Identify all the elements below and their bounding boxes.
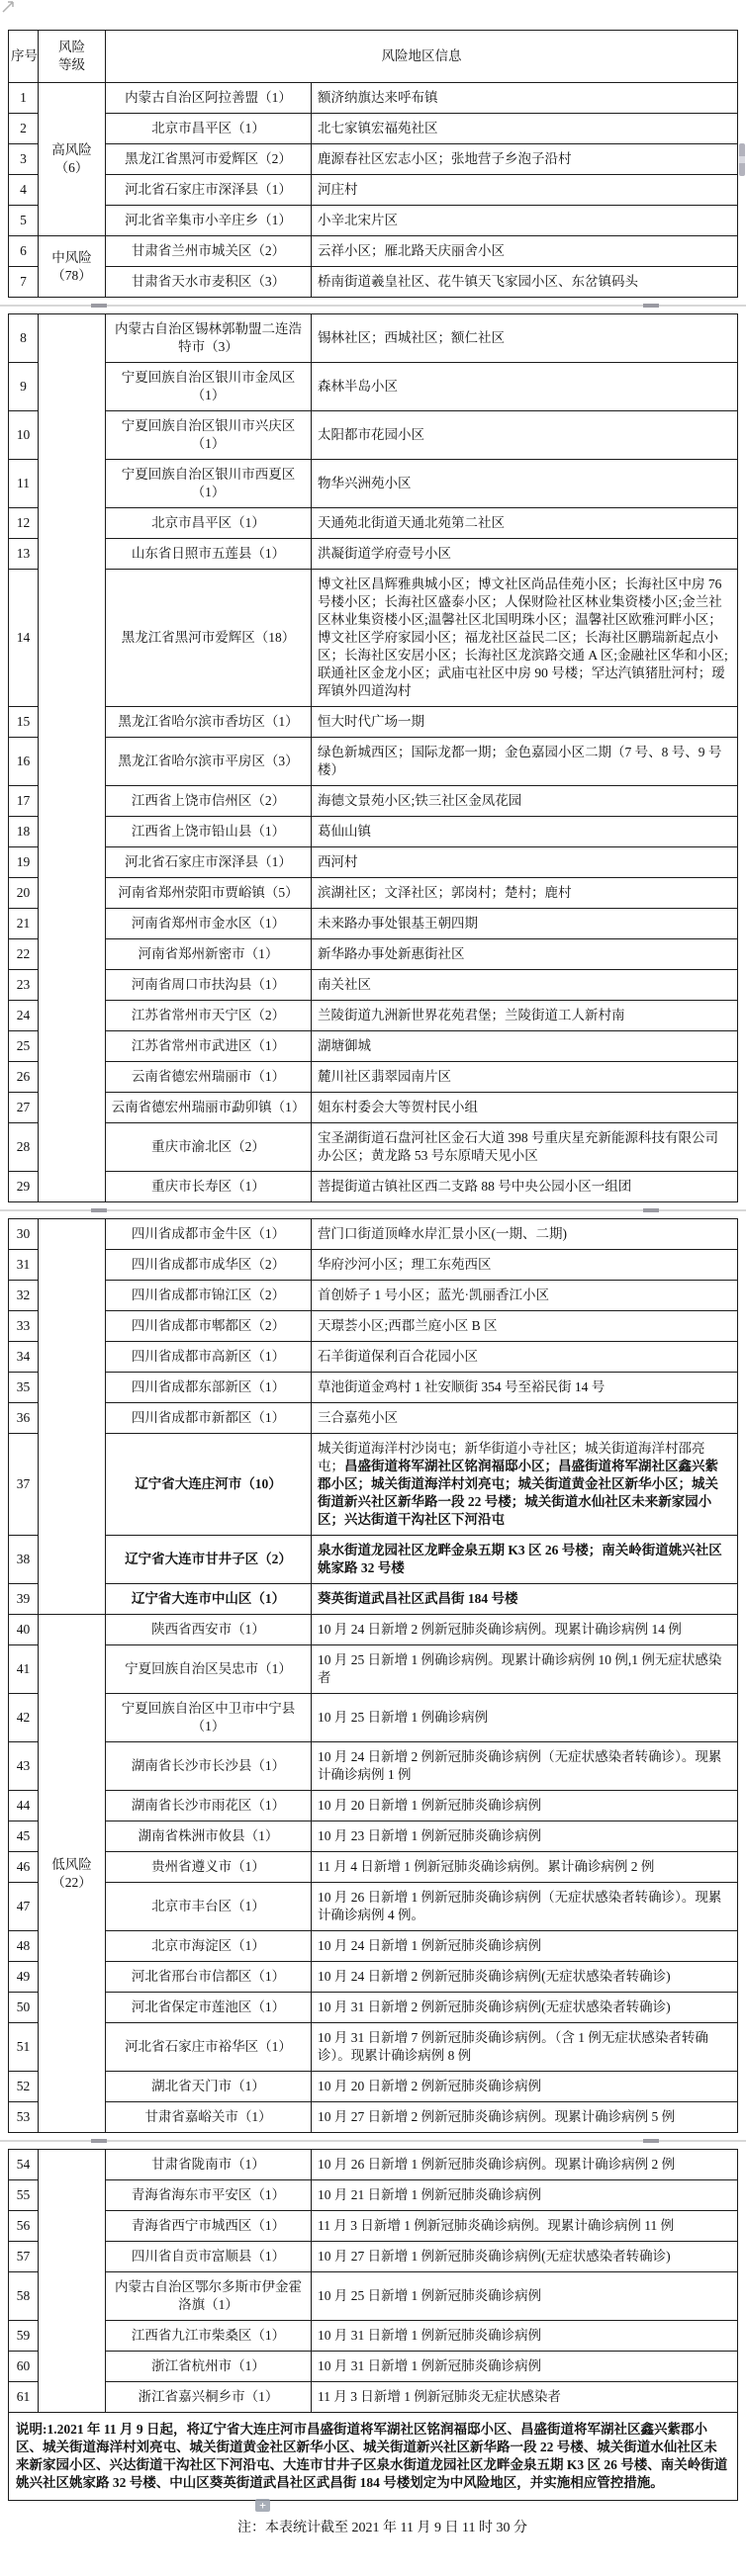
info-cell: 兰陵街道九洲新世界花苑君堡；兰陵街道工人新村南 — [312, 1001, 738, 1031]
table-row: 61浙江省嘉兴桐乡市（1）11 月 3 日新增 1 例新冠肺炎无症状感染者 — [9, 2382, 738, 2413]
page-break — [0, 2133, 746, 2149]
page-break-mark-left — [91, 2139, 107, 2143]
info-cell: 洪凝街道学府壹号小区 — [312, 539, 738, 570]
page-break-line — [0, 305, 746, 307]
region-cell: 重庆市渝北区（2） — [106, 1123, 312, 1172]
row-number: 32 — [9, 1281, 39, 1311]
info-cell: 葵英街道武昌社区武昌街 184 号楼 — [312, 1584, 738, 1615]
region-cell: 甘肃省兰州市城关区（2） — [106, 236, 312, 267]
region-cell: 辽宁省大连庄河市（10） — [106, 1434, 312, 1536]
table-row: 30四川省成都市金牛区（1）营门口街道顶峰水岸汇景小区(一期、二期) — [9, 1219, 738, 1250]
page-break-mark-right — [643, 2139, 659, 2143]
row-number: 56 — [9, 2211, 39, 2242]
info-cell: 11 月 3 日新增 1 例新冠肺炎确诊病例。现累计确诊病例 11 例 — [312, 2211, 738, 2242]
info-cell: 桥南街道羲皇社区、花牛镇天飞家园小区、东岔镇码头 — [312, 267, 738, 298]
info-cell: 新华路办事处新惠街社区 — [312, 939, 738, 970]
region-cell: 湖南省长沙市雨花区（1） — [106, 1791, 312, 1821]
region-cell: 宁夏回族自治区银川市西夏区（1） — [106, 460, 312, 508]
table-row: 46贵州省遵义市（1）11 月 4 日新增 1 例新冠肺炎确诊病例。累计确诊病例… — [9, 1852, 738, 1883]
region-cell: 四川省成都东部新区（1） — [106, 1373, 312, 1403]
row-number: 5 — [9, 206, 39, 236]
table-row: 5河北省辛集市小辛庄乡（1）小辛北宋片区 — [9, 206, 738, 236]
table-row: 47北京市丰台区（1）10 月 26 日新增 1 例新冠肺炎确诊病例（无症状感染… — [9, 1883, 738, 1931]
table-row: 45湖南省株洲市攸县（1）10 月 23 日新增 1 例新冠肺炎确诊病例 — [9, 1821, 738, 1852]
region-cell: 辽宁省大连市甘井子区（2） — [106, 1536, 312, 1584]
row-number: 25 — [9, 1031, 39, 1062]
table-row: 6中风险（78）甘肃省兰州市城关区（2）云祥小区；雁北路天庆丽舍小区 — [9, 236, 738, 267]
row-number: 46 — [9, 1852, 39, 1883]
region-cell: 浙江省杭州市（1） — [106, 2352, 312, 2382]
table-row: 25江苏省常州市武进区（1）湖塘御城 — [9, 1031, 738, 1062]
row-number: 9 — [9, 363, 39, 411]
row-number: 13 — [9, 539, 39, 570]
info-cell: 10 月 26 日新增 1 例新冠肺炎确诊病例。现累计确诊病例 2 例 — [312, 2150, 738, 2180]
region-cell: 湖北省天门市（1） — [106, 2072, 312, 2102]
row-number: 47 — [9, 1883, 39, 1931]
region-cell: 江西省上饶市铅山县（1） — [106, 817, 312, 847]
region-cell: 北京市丰台区（1） — [106, 1883, 312, 1931]
region-cell: 四川省成都市锦江区（2） — [106, 1281, 312, 1311]
info-cell: 绿色新城西区；国际龙都一期；金色嘉园小区二期（7 号、8 号、9 号楼） — [312, 738, 738, 786]
info-cell: 10 月 27 日新增 1 例新冠肺炎确诊病例(无症状感染者转确诊) — [312, 2242, 738, 2272]
info-cell: 太阳都市花园小区 — [312, 411, 738, 460]
table-row: 60浙江省杭州市（1）10 月 31 日新增 1 例新冠肺炎确诊病例 — [9, 2352, 738, 2382]
info-cell: 湖塘御城 — [312, 1031, 738, 1062]
row-number: 43 — [9, 1742, 39, 1791]
vertical-scrollbar-thumb[interactable] — [739, 143, 745, 176]
table-row: 13山东省日照市五莲县（1）洪凝街道学府壹号小区 — [9, 539, 738, 570]
plus-handle-icon[interactable]: + — [255, 2499, 270, 2512]
row-number: 48 — [9, 1931, 39, 1962]
row-number: 55 — [9, 2180, 39, 2211]
table-row: 20河南省郑州荥阳市贾峪镇（5）滨湖社区；文泽社区；郭岗村；楚村；鹿村 — [9, 878, 738, 909]
table-row: 15黑龙江省哈尔滨市香坊区（1）恒大时代广场一期 — [9, 707, 738, 738]
region-cell: 宁夏回族自治区银川市金凤区（1） — [106, 363, 312, 411]
row-number: 29 — [9, 1172, 39, 1202]
table-row: 36四川省成都市新都区（1）三合嘉苑小区 — [9, 1403, 738, 1434]
page-break-mark-left — [91, 304, 107, 308]
info-cell: 天通苑北街道天通北苑第二社区 — [312, 508, 738, 539]
region-cell: 江西省九江市柴桑区（1） — [106, 2321, 312, 2352]
row-number: 10 — [9, 411, 39, 460]
region-cell: 甘肃省陇南市（1） — [106, 2150, 312, 2180]
region-cell: 云南省德宏州瑞丽市勐卯镇（1） — [106, 1093, 312, 1123]
info-cell: 额济纳旗达来呼布镇 — [312, 83, 738, 114]
region-cell: 黑龙江省哈尔滨市香坊区（1） — [106, 707, 312, 738]
table-row: 44湖南省长沙市雨花区（1）10 月 20 日新增 1 例新冠肺炎确诊病例 — [9, 1791, 738, 1821]
document-page: { "colors":{"border":"#1c1c1c","text":"#… — [0, 0, 746, 2576]
region-cell: 浙江省嘉兴桐乡市（1） — [106, 2382, 312, 2413]
table-row: 9宁夏回族自治区银川市金凤区（1）森林半岛小区 — [9, 363, 738, 411]
table-row: 22河南省郑州新密市（1）新华路办事处新惠街社区 — [9, 939, 738, 970]
table-row: 48北京市海淀区（1）10 月 24 日新增 1 例新冠肺炎确诊病例 — [9, 1931, 738, 1962]
region-cell: 重庆市长寿区（1） — [106, 1172, 312, 1202]
region-cell: 辽宁省大连市中山区（1） — [106, 1584, 312, 1615]
region-cell: 湖南省长沙市长沙县（1） — [106, 1742, 312, 1791]
table-row: 41宁夏回族自治区吴忠市（1）10 月 25 日新增 1 例确诊病例。现累计确诊… — [9, 1645, 738, 1694]
row-number: 39 — [9, 1584, 39, 1615]
row-number: 4 — [9, 175, 39, 206]
info-cell: 10 月 31 日新增 1 例新冠肺炎确诊病例 — [312, 2321, 738, 2352]
row-number: 40 — [9, 1615, 39, 1645]
region-cell: 四川省成都市高新区（1） — [106, 1342, 312, 1373]
region-cell: 江苏省常州市武进区（1） — [106, 1031, 312, 1062]
row-number: 45 — [9, 1821, 39, 1852]
risk-table-section-1: 序号风险等级风险地区信息1高风险（6）内蒙古自治区阿拉善盟（1）额济纳旗达来呼布… — [8, 30, 738, 298]
region-cell: 黑龙江省黑河市爱辉区（2） — [106, 144, 312, 175]
info-cell: 10 月 26 日新增 1 例新冠肺炎确诊病例（无症状感染者转确诊）。现累计确诊… — [312, 1883, 738, 1931]
cursor-arrow-icon — [1, 0, 17, 14]
row-number: 12 — [9, 508, 39, 539]
region-cell: 内蒙古自治区鄂尔多斯市伊金霍洛旗（1） — [106, 2272, 312, 2321]
info-cell: 三合嘉苑小区 — [312, 1403, 738, 1434]
word-document-area: 序号风险等级风险地区信息1高风险（6）内蒙古自治区阿拉善盟（1）额济纳旗达来呼布… — [0, 0, 746, 2576]
risk-level-cell: 中风险（78） — [39, 236, 106, 298]
info-cell: 11 月 4 日新增 1 例新冠肺炎确诊病例。累计确诊病例 2 例 — [312, 1852, 738, 1883]
table-row: 3黑龙江省黑河市爱辉区（2）鹿源春社区宏志小区；张地营子乡泡子沿村 — [9, 144, 738, 175]
row-number: 18 — [9, 817, 39, 847]
table-row: 18江西省上饶市铅山县（1）葛仙山镇 — [9, 817, 738, 847]
info-cell: 10 月 25 日新增 1 例新冠肺炎确诊病例 — [312, 2272, 738, 2321]
row-number: 38 — [9, 1536, 39, 1584]
row-number: 58 — [9, 2272, 39, 2321]
table-row: 34四川省成都市高新区（1）石羊街道保利百合花园小区 — [9, 1342, 738, 1373]
info-cell: 西河村 — [312, 847, 738, 878]
table-row: 59江西省九江市柴桑区（1）10 月 31 日新增 1 例新冠肺炎确诊病例 — [9, 2321, 738, 2352]
info-cell: 博文社区昌辉雅典城小区；博文社区尚品佳苑小区；长海社区中房 76 号楼小区；长海… — [312, 570, 738, 707]
info-cell: 10 月 31 日新增 2 例新冠肺炎确诊病例(无症状感染者转确诊) — [312, 1993, 738, 2023]
region-cell: 河北省石家庄市深泽县（1） — [106, 847, 312, 878]
table-row: 56青海省西宁市城西区（1）11 月 3 日新增 1 例新冠肺炎确诊病例。现累计… — [9, 2211, 738, 2242]
row-number: 41 — [9, 1645, 39, 1694]
region-cell: 河北省邢台市信都区（1） — [106, 1962, 312, 1993]
row-number: 35 — [9, 1373, 39, 1403]
table-row: 17江西省上饶市信州区（2）海德文景苑小区;铁三社区金凤花园 — [9, 786, 738, 817]
info-cell: 云祥小区；雁北路天庆丽舍小区 — [312, 236, 738, 267]
info-cell: 物华兴洲苑小区 — [312, 460, 738, 508]
table-row: 4河北省石家庄市深泽县（1）河庄村 — [9, 175, 738, 206]
scrollbar-grip-icon — [739, 156, 745, 163]
risk-level-cell: 低风险（22） — [39, 1615, 106, 2133]
row-number: 51 — [9, 2023, 39, 2072]
region-cell: 四川省成都市新都区（1） — [106, 1403, 312, 1434]
info-cell: 10 月 25 日新增 1 例确诊病例。现累计确诊病例 10 例,1 例无症状感… — [312, 1645, 738, 1694]
page-break — [0, 298, 746, 313]
info-cell: 宝圣湖街道石盘河社区金石大道 398 号重庆星充新能源科技有限公司办公区；黄龙路… — [312, 1123, 738, 1172]
info-cell: 10 月 31 日新增 7 例新冠肺炎确诊病例。（含 1 例无症状感染者转确诊）… — [312, 2023, 738, 2072]
risk-table-section-4: 54甘肃省陇南市（1）10 月 26 日新增 1 例新冠肺炎确诊病例。现累计确诊… — [8, 2149, 738, 2501]
row-number: 22 — [9, 939, 39, 970]
table-row: 23河南省周口市扶沟县（1）南关社区 — [9, 970, 738, 1001]
region-cell: 四川省自贡市富顺县（1） — [106, 2242, 312, 2272]
table-row: 51河北省石家庄市裕华区（1）10 月 31 日新增 7 例新冠肺炎确诊病例。（… — [9, 2023, 738, 2072]
region-cell: 河北省石家庄市深泽县（1） — [106, 175, 312, 206]
info-cell: 营门口街道顶峰水岸汇景小区(一期、二期) — [312, 1219, 738, 1250]
row-number: 27 — [9, 1093, 39, 1123]
region-cell: 黑龙江省哈尔滨市平房区（3） — [106, 738, 312, 786]
footer-note-row: + 注：本表统计截至 2021 年 11 月 9 日 11 时 30 分 — [8, 2517, 737, 2536]
info-cell: 10 月 24 日新增 1 例新冠肺炎确诊病例 — [312, 1931, 738, 1962]
region-cell: 贵州省遵义市（1） — [106, 1852, 312, 1883]
region-cell: 内蒙古自治区阿拉善盟（1） — [106, 83, 312, 114]
info-cell: 鹿源春社区宏志小区；张地营子乡泡子沿村 — [312, 144, 738, 175]
table-row: 50河北省保定市莲池区（1）10 月 31 日新增 2 例新冠肺炎确诊病例(无症… — [9, 1993, 738, 2023]
row-number: 20 — [9, 878, 39, 909]
row-number: 28 — [9, 1123, 39, 1172]
page-break-mark-right — [643, 304, 659, 308]
header-risk-area-info: 风险地区信息 — [106, 31, 738, 83]
risk-table-section-2: 8内蒙古自治区锡林郭勒盟二连浩特市（3）锡林社区；西城社区；额仁社区9宁夏回族自… — [8, 313, 738, 1202]
row-number: 1 — [9, 83, 39, 114]
info-cell: 10 月 25 日新增 1 例确诊病例 — [312, 1694, 738, 1742]
row-number: 30 — [9, 1219, 39, 1250]
region-cell: 青海省西宁市城西区（1） — [106, 2211, 312, 2242]
risk-level-cell — [39, 314, 106, 1202]
row-number: 11 — [9, 460, 39, 508]
region-cell: 青海省海东市平安区（1） — [106, 2180, 312, 2211]
row-number: 60 — [9, 2352, 39, 2382]
row-number: 36 — [9, 1403, 39, 1434]
table-row: 55青海省海东市平安区（1）10 月 21 日新增 1 例新冠肺炎确诊病例 — [9, 2180, 738, 2211]
page-break — [0, 1202, 746, 1218]
risk-area-table: 序号风险等级风险地区信息1高风险（6）内蒙古自治区阿拉善盟（1）额济纳旗达来呼布… — [8, 30, 737, 2501]
info-cell: 草池街道金鸡村 1 社安顺街 354 号至裕民街 14 号 — [312, 1373, 738, 1403]
note-cell: 说明:1.2021 年 11 月 9 日起，将辽宁省大连庄河市昌盛街道将军湖社区… — [9, 2413, 738, 2501]
row-number: 14 — [9, 570, 39, 707]
risk-level-cell — [39, 1219, 106, 1615]
row-number: 17 — [9, 786, 39, 817]
info-cell: 恒大时代广场一期 — [312, 707, 738, 738]
row-number: 59 — [9, 2321, 39, 2352]
header-row: 序号风险等级风险地区信息 — [9, 31, 738, 83]
risk-level-cell — [39, 2150, 106, 2413]
region-cell: 江西省上饶市信州区（2） — [106, 786, 312, 817]
risk-level-cell: 高风险（6） — [39, 83, 106, 236]
info-cell: 河庄村 — [312, 175, 738, 206]
table-row: 24江苏省常州市天宁区（2）兰陵街道九洲新世界花苑君堡；兰陵街道工人新村南 — [9, 1001, 738, 1031]
region-cell: 宁夏回族自治区中卫市中宁县（1） — [106, 1694, 312, 1742]
region-cell: 四川省成都市成华区（2） — [106, 1250, 312, 1281]
info-cell: 10 月 21 日新增 1 例新冠肺炎确诊病例 — [312, 2180, 738, 2211]
table-row: 31四川省成都市成华区（2）华府沙河小区；理工东苑西区 — [9, 1250, 738, 1281]
table-row: 54甘肃省陇南市（1）10 月 26 日新增 1 例新冠肺炎确诊病例。现累计确诊… — [9, 2150, 738, 2180]
region-cell: 河北省辛集市小辛庄乡（1） — [106, 206, 312, 236]
info-cell: 北七家镇宏福苑社区 — [312, 114, 738, 144]
risk-table-section-3: 30四川省成都市金牛区（1）营门口街道顶峰水岸汇景小区(一期、二期)31四川省成… — [8, 1218, 738, 2133]
table-row: 49河北省邢台市信都区（1）10 月 24 日新增 2 例新冠肺炎确诊病例(无症… — [9, 1962, 738, 1993]
region-cell: 河南省周口市扶沟县（1） — [106, 970, 312, 1001]
table-row: 37辽宁省大连庄河市（10）城关街道海洋村沙岗屯；新华街道小寺社区；城关街道海洋… — [9, 1434, 738, 1536]
region-cell: 河南省郑州荥阳市贾峪镇（5） — [106, 878, 312, 909]
table-row: 1高风险（6）内蒙古自治区阿拉善盟（1）额济纳旗达来呼布镇 — [9, 83, 738, 114]
info-cell: 森林半岛小区 — [312, 363, 738, 411]
region-cell: 四川省成都市郫都区（2） — [106, 1311, 312, 1342]
table-row: 7甘肃省天水市麦积区（3）桥南街道羲皇社区、花牛镇天飞家园小区、东岔镇码头 — [9, 267, 738, 298]
info-cell: 石羊街道保利百合花园小区 — [312, 1342, 738, 1373]
page-break-mark-left — [91, 1208, 107, 1212]
table-row: 27云南省德宏州瑞丽市勐卯镇（1）姐东村委会大等贺村民小组 — [9, 1093, 738, 1123]
row-number: 7 — [9, 267, 39, 298]
row-number: 16 — [9, 738, 39, 786]
row-number: 3 — [9, 144, 39, 175]
table-row: 43湖南省长沙市长沙县（1）10 月 24 日新增 2 例新冠肺炎确诊病例（无症… — [9, 1742, 738, 1791]
page-break-line — [0, 2140, 746, 2142]
info-cell: 10 月 27 日新增 2 例新冠肺炎确诊病例。现累计确诊病例 5 例 — [312, 2102, 738, 2133]
page-break-mark-right — [643, 1208, 659, 1212]
info-cell: 葛仙山镇 — [312, 817, 738, 847]
info-cell: 菩提街道古镇社区西二支路 88 号中央公园小区一组团 — [312, 1172, 738, 1202]
row-number: 53 — [9, 2102, 39, 2133]
info-cell: 10 月 20 日新增 1 例新冠肺炎确诊病例 — [312, 1791, 738, 1821]
row-number: 24 — [9, 1001, 39, 1031]
info-cell: 华府沙河小区；理工东苑西区 — [312, 1250, 738, 1281]
statistics-cutoff-note: 注：本表统计截至 2021 年 11 月 9 日 11 时 30 分 — [237, 2521, 527, 2535]
header-risk-level: 风险等级 — [39, 31, 106, 83]
table-row: 11宁夏回族自治区银川市西夏区（1）物华兴洲苑小区 — [9, 460, 738, 508]
table-row: 52湖北省天门市（1）10 月 20 日新增 2 例新冠肺炎确诊病例 — [9, 2072, 738, 2102]
region-cell: 甘肃省嘉峪关市（1） — [106, 2102, 312, 2133]
table-row: 8内蒙古自治区锡林郭勒盟二连浩特市（3）锡林社区；西城社区；额仁社区 — [9, 314, 738, 363]
info-cell: 未来路办事处银基王朝四期 — [312, 909, 738, 939]
info-cell: 泉水街道龙园社区龙畔金泉五期 K3 区 26 号楼；南关岭街道姚兴社区姚家路 3… — [312, 1536, 738, 1584]
info-cell: 小辛北宋片区 — [312, 206, 738, 236]
row-number: 19 — [9, 847, 39, 878]
row-number: 42 — [9, 1694, 39, 1742]
table-row: 38辽宁省大连市甘井子区（2）泉水街道龙园社区龙畔金泉五期 K3 区 26 号楼… — [9, 1536, 738, 1584]
region-cell: 陕西省西安市（1） — [106, 1615, 312, 1645]
region-cell: 黑龙江省黑河市爱辉区（18） — [106, 570, 312, 707]
info-cell: 10 月 24 日新增 2 例新冠肺炎确诊病例（无症状感染者转确诊）。现累计确诊… — [312, 1742, 738, 1791]
row-number: 37 — [9, 1434, 39, 1536]
info-cell: 10 月 24 日新增 2 例新冠肺炎确诊病例(无症状感染者转确诊) — [312, 1962, 738, 1993]
page-break-line — [0, 1209, 746, 1211]
row-number: 6 — [9, 236, 39, 267]
region-cell: 河南省郑州市金水区（1） — [106, 909, 312, 939]
table-row: 10宁夏回族自治区银川市兴庆区（1）太阳都市花园小区 — [9, 411, 738, 460]
info-cell: 海德文景苑小区;铁三社区金凤花园 — [312, 786, 738, 817]
table-row: 29重庆市长寿区（1）菩提街道古镇社区西二支路 88 号中央公园小区一组团 — [9, 1172, 738, 1202]
table-row: 2北京市昌平区（1）北七家镇宏福苑社区 — [9, 114, 738, 144]
row-number: 21 — [9, 909, 39, 939]
row-number: 49 — [9, 1962, 39, 1993]
row-number: 26 — [9, 1062, 39, 1093]
table-row: 28重庆市渝北区（2）宝圣湖街道石盘河社区金石大道 398 号重庆星充新能源科技… — [9, 1123, 738, 1172]
row-number: 52 — [9, 2072, 39, 2102]
info-cell: 10 月 23 日新增 1 例新冠肺炎确诊病例 — [312, 1821, 738, 1852]
table-row: 35四川省成都东部新区（1）草池街道金鸡村 1 社安顺街 354 号至裕民街 1… — [9, 1373, 738, 1403]
info-cell: 南关社区 — [312, 970, 738, 1001]
table-row: 53甘肃省嘉峪关市（1）10 月 27 日新增 2 例新冠肺炎确诊病例。现累计确… — [9, 2102, 738, 2133]
info-cell: 10 月 24 日新增 2 例新冠肺炎确诊病例。现累计确诊病例 14 例 — [312, 1615, 738, 1645]
row-number: 2 — [9, 114, 39, 144]
row-number: 50 — [9, 1993, 39, 2023]
row-number: 33 — [9, 1311, 39, 1342]
region-cell: 河北省石家庄市裕华区（1） — [106, 2023, 312, 2072]
table-row: 33四川省成都市郫都区（2）天璟荟小区;西郡兰庭小区 B 区 — [9, 1311, 738, 1342]
row-number: 23 — [9, 970, 39, 1001]
table-row: 16黑龙江省哈尔滨市平房区（3）绿色新城西区；国际龙都一期；金色嘉园小区二期（7… — [9, 738, 738, 786]
region-cell: 云南省德宏州瑞丽市（1） — [106, 1062, 312, 1093]
region-cell: 甘肃省天水市麦积区（3） — [106, 267, 312, 298]
info-cell: 10 月 20 日新增 2 例新冠肺炎确诊病例 — [312, 2072, 738, 2102]
region-cell: 河南省郑州新密市（1） — [106, 939, 312, 970]
row-number: 54 — [9, 2150, 39, 2180]
table-row: 58内蒙古自治区鄂尔多斯市伊金霍洛旗（1）10 月 25 日新增 1 例新冠肺炎… — [9, 2272, 738, 2321]
info-cell: 滨湖社区；文泽社区；郭岗村；楚村；鹿村 — [312, 878, 738, 909]
table-row: 32四川省成都市锦江区（2）首创娇子 1 号小区；蓝光·凯丽香江小区 — [9, 1281, 738, 1311]
table-row: 42宁夏回族自治区中卫市中宁县（1）10 月 25 日新增 1 例确诊病例 — [9, 1694, 738, 1742]
info-cell: 麓川社区翡翠园南片区 — [312, 1062, 738, 1093]
region-cell: 北京市昌平区（1） — [106, 508, 312, 539]
row-number: 15 — [9, 707, 39, 738]
region-cell: 江苏省常州市天宁区（2） — [106, 1001, 312, 1031]
table-row: 12北京市昌平区（1）天通苑北街道天通北苑第二社区 — [9, 508, 738, 539]
row-number: 34 — [9, 1342, 39, 1373]
table-row: 26云南省德宏州瑞丽市（1）麓川社区翡翠园南片区 — [9, 1062, 738, 1093]
note-row: 说明:1.2021 年 11 月 9 日起，将辽宁省大连庄河市昌盛街道将军湖社区… — [9, 2413, 738, 2501]
table-row: 40低风险（22）陕西省西安市（1）10 月 24 日新增 2 例新冠肺炎确诊病… — [9, 1615, 738, 1645]
row-number: 31 — [9, 1250, 39, 1281]
row-number: 8 — [9, 314, 39, 363]
region-cell: 内蒙古自治区锡林郭勒盟二连浩特市（3） — [106, 314, 312, 363]
region-cell: 宁夏回族自治区银川市兴庆区（1） — [106, 411, 312, 460]
row-number: 44 — [9, 1791, 39, 1821]
table-row: 57四川省自贡市富顺县（1）10 月 27 日新增 1 例新冠肺炎确诊病例(无症… — [9, 2242, 738, 2272]
region-cell: 四川省成都市金牛区（1） — [106, 1219, 312, 1250]
table-row: 14黑龙江省黑河市爱辉区（18）博文社区昌辉雅典城小区；博文社区尚品佳苑小区；长… — [9, 570, 738, 707]
info-cell: 城关街道海洋村沙岗屯；新华街道小寺社区；城关街道海洋村邵亮屯；昌盛街道将军湖社区… — [312, 1434, 738, 1536]
row-number: 61 — [9, 2382, 39, 2413]
region-cell: 山东省日照市五莲县（1） — [106, 539, 312, 570]
info-cell: 11 月 3 日新增 1 例新冠肺炎无症状感染者 — [312, 2382, 738, 2413]
region-cell: 湖南省株洲市攸县（1） — [106, 1821, 312, 1852]
row-number: 57 — [9, 2242, 39, 2272]
info-cell: 首创娇子 1 号小区；蓝光·凯丽香江小区 — [312, 1281, 738, 1311]
header-serial-number: 序号 — [9, 31, 39, 83]
table-row: 21河南省郑州市金水区（1）未来路办事处银基王朝四期 — [9, 909, 738, 939]
region-cell: 北京市昌平区（1） — [106, 114, 312, 144]
info-cell: 锡林社区；西城社区；额仁社区 — [312, 314, 738, 363]
info-cell: 10 月 31 日新增 1 例新冠肺炎确诊病例 — [312, 2352, 738, 2382]
info-cell: 天璟荟小区;西郡兰庭小区 B 区 — [312, 1311, 738, 1342]
table-row: 39辽宁省大连市中山区（1）葵英街道武昌社区武昌街 184 号楼 — [9, 1584, 738, 1615]
region-cell: 北京市海淀区（1） — [106, 1931, 312, 1962]
info-cell: 姐东村委会大等贺村民小组 — [312, 1093, 738, 1123]
table-row: 19河北省石家庄市深泽县（1）西河村 — [9, 847, 738, 878]
region-cell: 宁夏回族自治区吴忠市（1） — [106, 1645, 312, 1694]
region-cell: 河北省保定市莲池区（1） — [106, 1993, 312, 2023]
